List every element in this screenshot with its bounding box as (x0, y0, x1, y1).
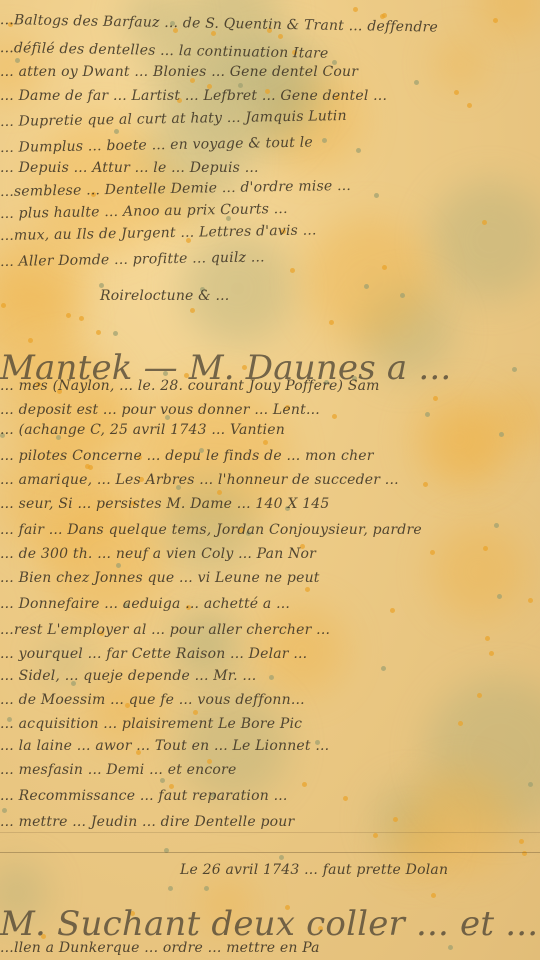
handwritten-line: Roireloctune & ... (100, 288, 229, 304)
speck (15, 58, 20, 63)
handwritten-line: Le 26 avril 1743 ... faut prette Dolan (180, 862, 448, 878)
speck (477, 693, 482, 698)
speck (305, 587, 310, 592)
speck (168, 886, 173, 891)
handwritten-line: M. Suchant deux coller ... et ... allant (0, 904, 540, 944)
speck (96, 330, 101, 335)
speck (356, 148, 361, 153)
speck (278, 34, 283, 39)
speck (279, 855, 284, 860)
handwritten-line: ...llen a Dunkerque ... ordre ... mettre… (0, 940, 320, 956)
paper-fold (0, 852, 540, 853)
speck (528, 782, 533, 787)
speck (302, 782, 307, 787)
speck (204, 886, 209, 891)
handwritten-line: ... amarique, ... Les Arbres ... l'honne… (0, 472, 399, 488)
speck (343, 796, 348, 801)
handwritten-line: ... de 300 th. ... neuf a vien Coly ... … (0, 546, 316, 562)
speck (431, 893, 436, 898)
speck (400, 293, 405, 298)
handwritten-line: ... Donnefaire ... aeduiga ... achetté a… (0, 596, 290, 612)
speck (374, 193, 379, 198)
stain (88, 673, 160, 745)
speck (485, 636, 490, 641)
speck (390, 608, 395, 613)
stain (305, 217, 431, 343)
speck (332, 414, 337, 419)
speck (28, 338, 33, 343)
handwritten-line: ... deposit est ... pour vous donner ...… (0, 402, 320, 418)
handwritten-line: ...rest L'employer al ... pour aller che… (0, 622, 330, 638)
handwritten-line: ... mettre ... Jeudin ... dire Dentelle … (0, 814, 294, 830)
handwritten-line: ... mesfasin ... Demi ... et encore (0, 762, 236, 778)
speck (425, 412, 430, 417)
handwritten-line: ... (achange C, 25 avril 1743 ... Vantie… (0, 422, 285, 438)
speck (269, 675, 274, 680)
stain (431, 524, 526, 619)
speck (414, 80, 419, 85)
handwritten-line: ... seur, Si ... persistes M. Dame ... 1… (0, 496, 330, 512)
handwritten-line: ... acquisition ... plaisirement Le Bore… (0, 716, 302, 732)
speck (489, 651, 494, 656)
speck (2, 808, 7, 813)
handwritten-line: ... fair ... Dans quelque tems, Jordan C… (0, 522, 422, 538)
handwritten-line: ... de Moessim ... que fe ... vous deffo… (0, 692, 305, 708)
handwritten-line: ... Recommissance ... faut reparation ..… (0, 788, 288, 804)
speck (430, 550, 435, 555)
speck (364, 284, 369, 289)
speck (66, 313, 71, 318)
speck (353, 7, 358, 12)
speck (85, 464, 90, 469)
speck (519, 839, 524, 844)
speck (373, 833, 378, 838)
handwritten-line: ... Bien chez Jonnes que ... vi Leune ne… (0, 570, 320, 586)
wallpaper: { "image": { "description": "Handwritten… (0, 0, 540, 960)
handwritten-line: ... Depuis ... Attur ... le ... Depuis .… (0, 160, 259, 176)
handwritten-line: ... Sidel, ... queje depende ... Mr. ... (0, 668, 256, 684)
speck (79, 316, 84, 321)
handwritten-line: ... la laine ... awor ... Tout en ... Le… (0, 738, 329, 754)
speck (217, 490, 222, 495)
speck (238, 83, 243, 88)
speck (322, 138, 327, 143)
stain (476, 0, 540, 39)
handwritten-line: ... mes (Naylon, ... le. 28. courant Jou… (0, 378, 380, 394)
speck (113, 331, 118, 336)
speck (290, 268, 295, 273)
speck (467, 103, 472, 108)
paper-fold (0, 832, 540, 833)
stain (413, 393, 506, 486)
handwritten-line: ... atten oy Dwant ... Blonies ... Gene … (0, 64, 358, 80)
speck (528, 598, 533, 603)
handwritten-line: ... pilotes Concerne ... depu le finds d… (0, 448, 374, 464)
handwritten-line: ... Dame de far ... Lartist ... Lefbret … (0, 88, 387, 104)
speck (512, 367, 517, 372)
speck (381, 666, 386, 671)
stain (436, 40, 485, 89)
stain (409, 770, 513, 874)
speck (448, 945, 453, 950)
speck (160, 778, 165, 783)
speck (454, 90, 459, 95)
speck (99, 283, 104, 288)
stain (430, 181, 540, 300)
handwritten-line: ... yourquel ... far Cette Raison ... De… (0, 646, 307, 662)
speck (483, 546, 488, 551)
speck (423, 482, 428, 487)
speck (114, 129, 119, 134)
